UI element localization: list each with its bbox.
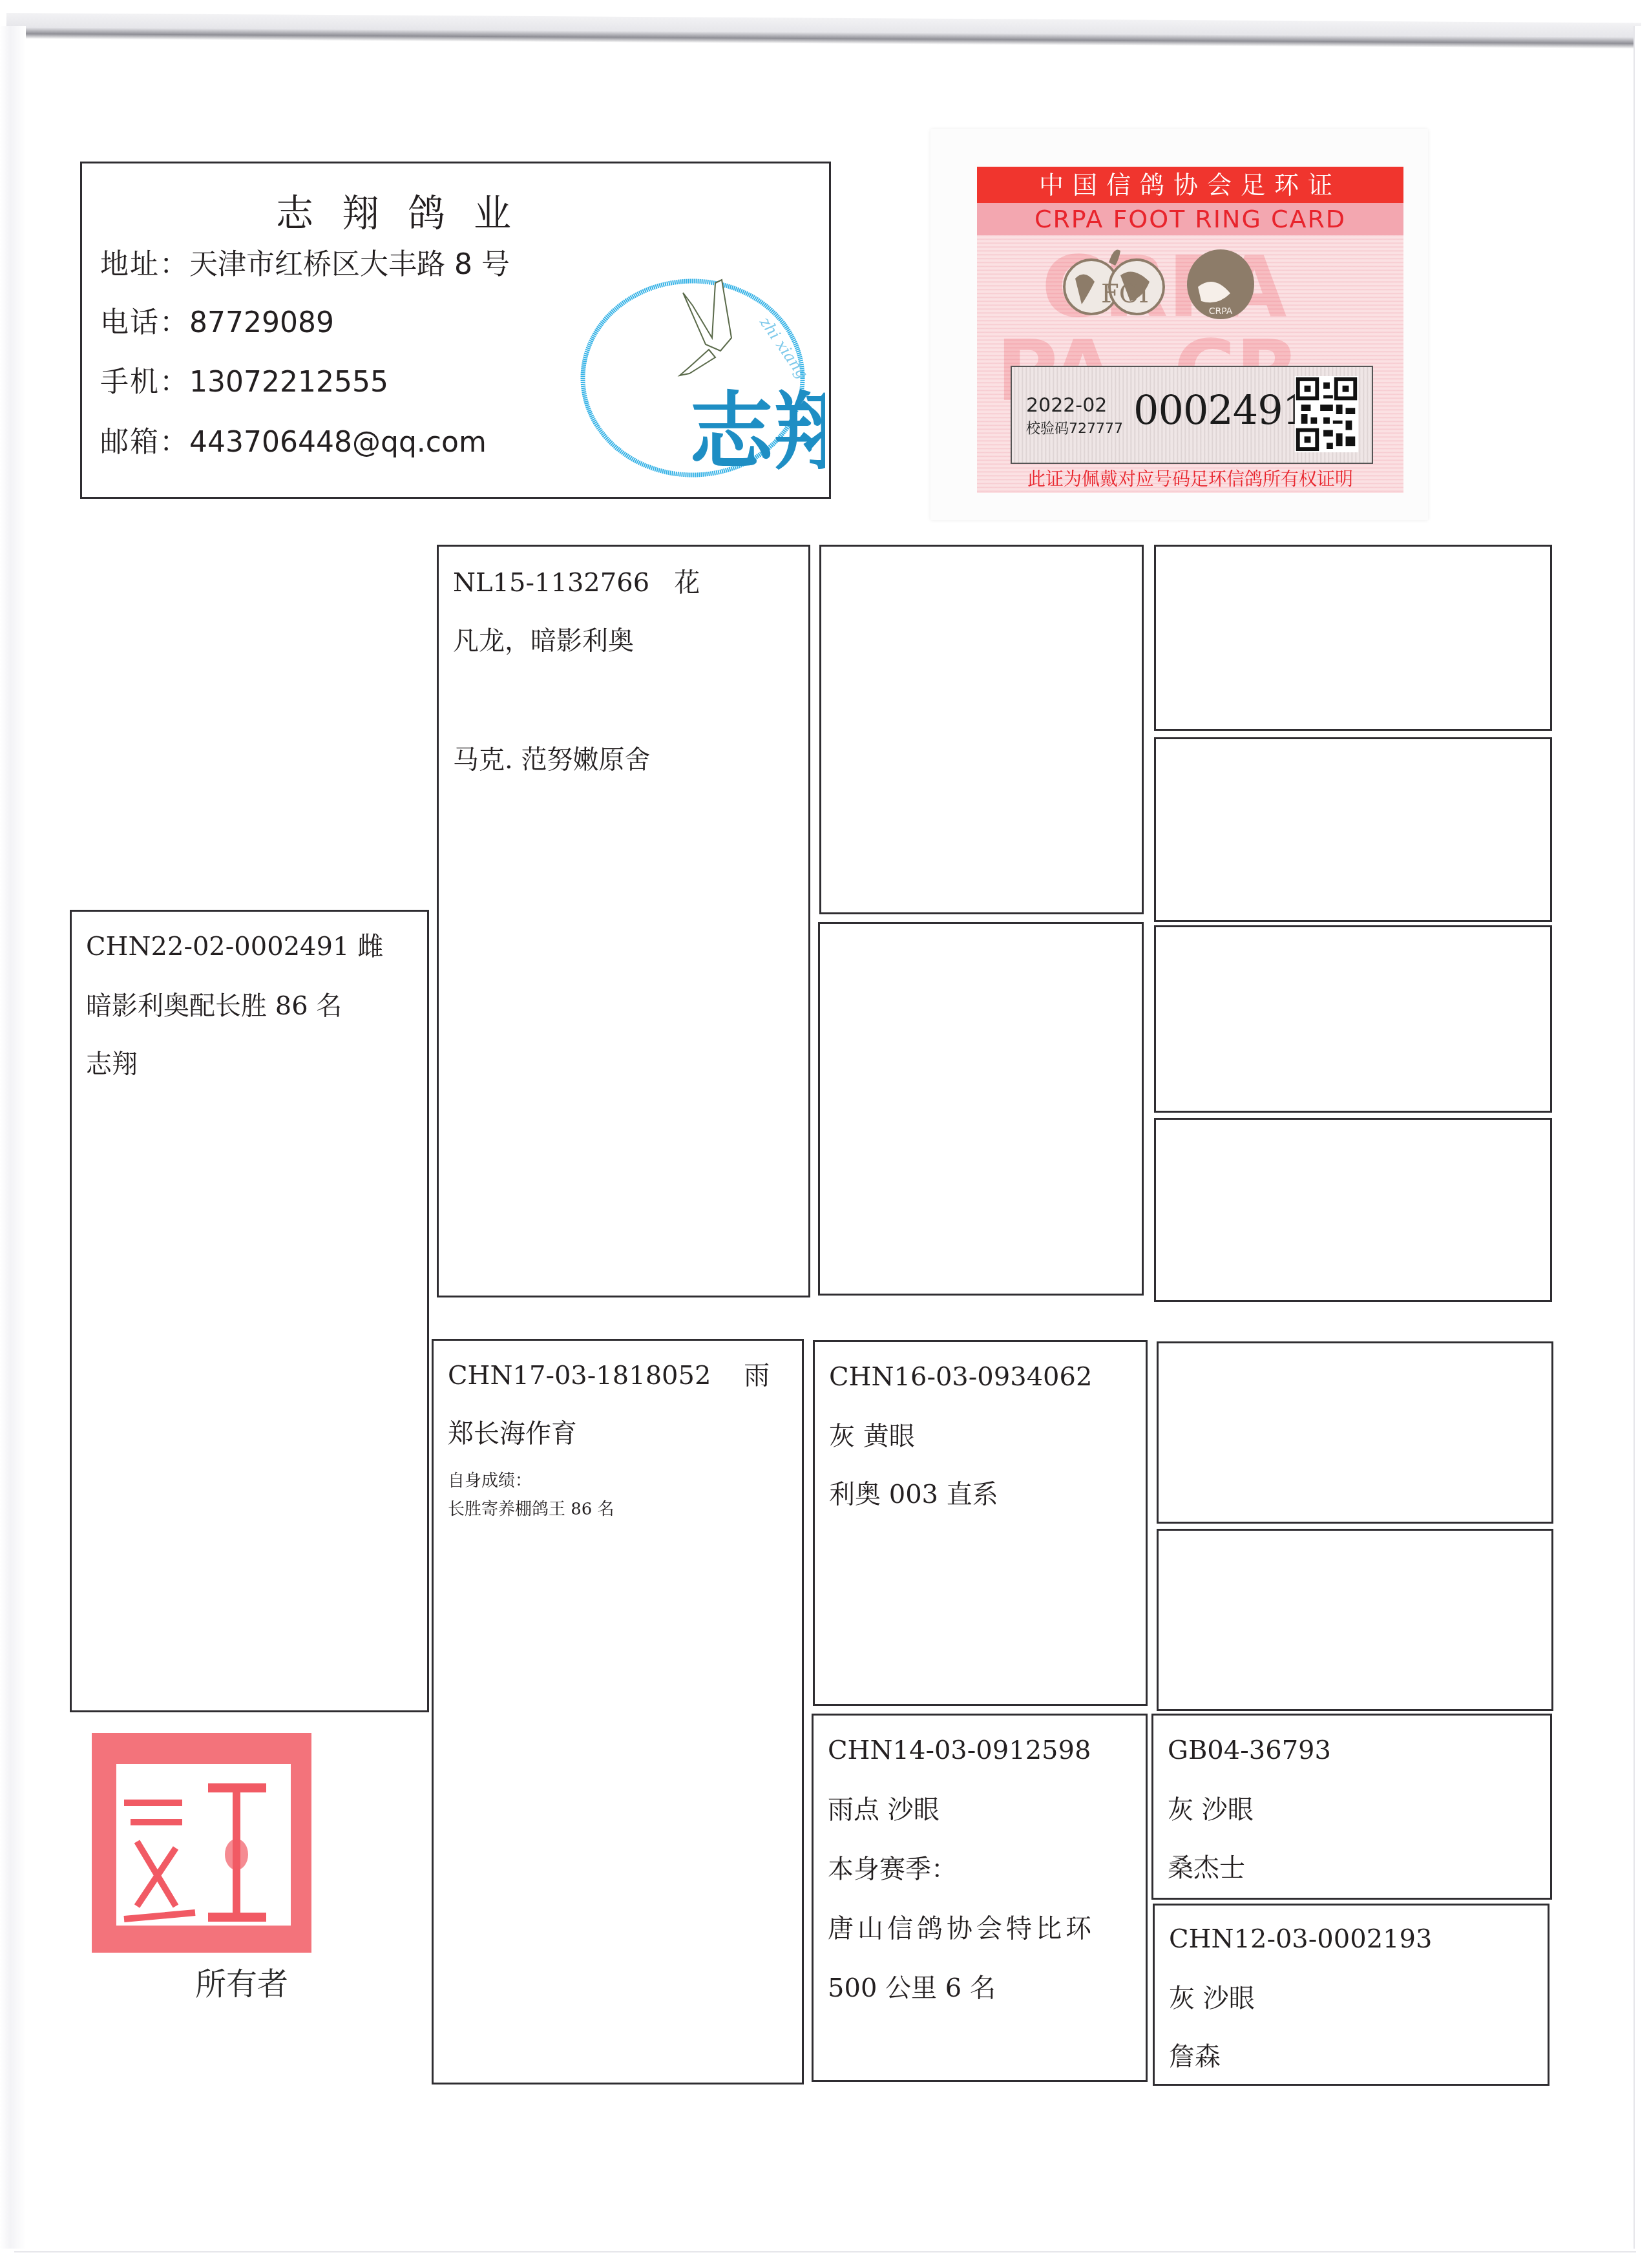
dam-color: 雨	[744, 1361, 770, 1391]
pedigree-box-sire-sire	[819, 545, 1144, 914]
phone-label: 电话：	[100, 306, 189, 339]
email-label: 邮箱：	[100, 426, 189, 459]
ring-card-footer: 此证为佩戴对应号码足环信鸽所有权证明	[977, 465, 1403, 491]
pedigree-box-dam-dam-sire: GB04-36793 灰 沙眼 桑杰士	[1151, 1714, 1552, 1900]
dam-dam-sire-line-2: 桑杰士	[1168, 1855, 1245, 1881]
pedigree-box-sire-sire-sire	[1154, 545, 1552, 731]
ring-number-panel: 2022-02 校验码727777 0002491	[1011, 366, 1373, 464]
sire-color: 花	[674, 568, 700, 598]
logo-text: 志翔	[689, 383, 825, 481]
pedigree-box-sire: NL15-1132766 花 凡龙，暗影利奥 马克. 范努嫩原舍	[437, 545, 810, 1297]
dam-dam-ring: CHN14-03-0912598	[828, 1738, 1091, 1763]
sire-line-1: 凡龙，暗影利奥	[453, 628, 634, 654]
subject-line-1: 暗影利奥配长胜 86 名	[86, 993, 342, 1019]
dam-dam-line-2: 本身赛季：	[828, 1856, 957, 1882]
dam-achievement: 长胜寄养棚鸽王 86 名	[448, 1501, 614, 1518]
scan-edge-bottom	[14, 2251, 1636, 2268]
pedigree-box-dam-sire-dam	[1157, 1529, 1553, 1711]
email-value: 443706448@qq.com	[189, 426, 487, 459]
dam-dam-dam-line-2: 詹森	[1169, 2044, 1221, 2070]
sire-line-2: 马克. 范努嫩原舍	[453, 747, 650, 773]
dam-dam-sire-line-1: 灰 沙眼	[1168, 1797, 1254, 1823]
scan-edge-top	[6, 13, 1641, 48]
pedigree-box-dam-sire: CHN16-03-0934062 灰 黄眼 利奥 003 直系	[813, 1340, 1148, 1706]
ring-number: 0002491	[1133, 386, 1307, 434]
pedigree-box-dam-dam-dam: CHN12-03-0002193 灰 沙眼 詹森	[1153, 1904, 1549, 2086]
phone-value: 87729089	[189, 306, 334, 339]
crpa-abbr: CRPA	[1209, 306, 1233, 317]
company-name: 志翔鸽业	[276, 183, 540, 237]
foot-ring-card: CRPA PA CR 中国信鸽协会足环证 CRPA FOOT RING CARD…	[977, 167, 1403, 493]
check-code-row: 校验码727777	[1026, 417, 1123, 437]
ring-card-title-en: CRPA FOOT RING CARD	[977, 203, 1403, 235]
ring-card-title-cn: 中国信鸽协会足环证	[977, 167, 1403, 203]
address-row: 地址：天津市红桥区大丰路 8 号	[100, 241, 510, 282]
sire-ring: NL15-1132766 花	[453, 570, 700, 596]
ring-year-code: 2022-02	[1026, 394, 1107, 417]
address-label: 地址：	[100, 248, 189, 281]
fci-globe-logo-icon: FCI	[1062, 243, 1166, 320]
check-code-label: 校验码	[1026, 421, 1069, 437]
business-card: 志翔鸽业 地址：天津市红桥区大丰路 8 号 电话：87729089 手机：130…	[80, 162, 831, 499]
fci-text: FCI	[1101, 279, 1149, 309]
pedigree-box-subject: CHN22-02-0002491 雌 暗影利奥配长胜 86 名 志翔	[70, 910, 429, 1712]
dam-dam-dam-ring: CHN12-03-0002193	[1169, 1926, 1432, 1952]
check-code-value: 727777	[1069, 421, 1123, 437]
pedigree-box-dam-dam: CHN14-03-0912598 雨点 沙眼 本身赛季： 唐山信鸽协会特比环 5…	[812, 1714, 1148, 2082]
logo-arc-text: zhi xiang	[756, 313, 812, 383]
dam-achievement-label: 自身成绩：	[448, 1473, 532, 1489]
phone-row: 电话：87729089	[100, 299, 334, 341]
dam-line-1: 郑长海作育	[448, 1421, 577, 1447]
dam-dam-sire-ring: GB04-36793	[1168, 1738, 1331, 1763]
pedigree-box-sire-sire-dam	[1154, 737, 1552, 922]
dam-dam-line-1: 雨点 沙眼	[828, 1797, 940, 1823]
pedigree-box-sire-dam-dam	[1154, 1118, 1552, 1302]
dam-dam-line-4: 500 公里 6 名	[828, 1975, 996, 2001]
dam-sire-ring: CHN16-03-0934062	[829, 1364, 1092, 1390]
scan-edge-right	[1633, 26, 1649, 2249]
mobile-label: 手机：	[100, 366, 189, 399]
address-value: 天津市红桥区大丰路 8 号	[189, 248, 510, 281]
crpa-dove-logo-icon: CRPA	[1185, 248, 1256, 320]
owner-label: 所有者	[195, 1959, 288, 2004]
dam-sire-line-2: 利奥 003 直系	[829, 1482, 998, 1507]
pedigree-box-dam: CHN17-03-1818052 雨 郑长海作育 自身成绩： 长胜寄养棚鸽王 8…	[432, 1339, 804, 2084]
pedigree-box-sire-dam	[818, 922, 1144, 1296]
zhixiang-dove-logo-icon: zhi xiang 志翔	[554, 267, 825, 487]
dam-dam-dam-line-1: 灰 沙眼	[1169, 1986, 1255, 2011]
mobile-row: 手机：13072212555	[100, 359, 388, 400]
mobile-value: 13072212555	[189, 366, 388, 399]
owner-seal-stamp-icon	[85, 1725, 318, 1958]
qr-code-icon	[1294, 376, 1359, 452]
subject-sex: 雌	[357, 932, 383, 961]
dam-ring: CHN17-03-1818052 雨	[448, 1363, 770, 1389]
pedigree-box-dam-sire-sire	[1157, 1341, 1553, 1524]
dam-dam-line-3: 唐山信鸽协会特比环	[828, 1916, 1095, 1942]
subject-ring: CHN22-02-0002491 雌	[86, 934, 383, 960]
scan-edge-left	[0, 26, 26, 2249]
email-row: 邮箱：443706448@qq.com	[100, 419, 487, 460]
subject-line-2: 志翔	[86, 1051, 138, 1077]
dam-sire-line-1: 灰 黄眼	[829, 1423, 915, 1449]
pedigree-box-sire-dam-sire	[1154, 925, 1552, 1113]
